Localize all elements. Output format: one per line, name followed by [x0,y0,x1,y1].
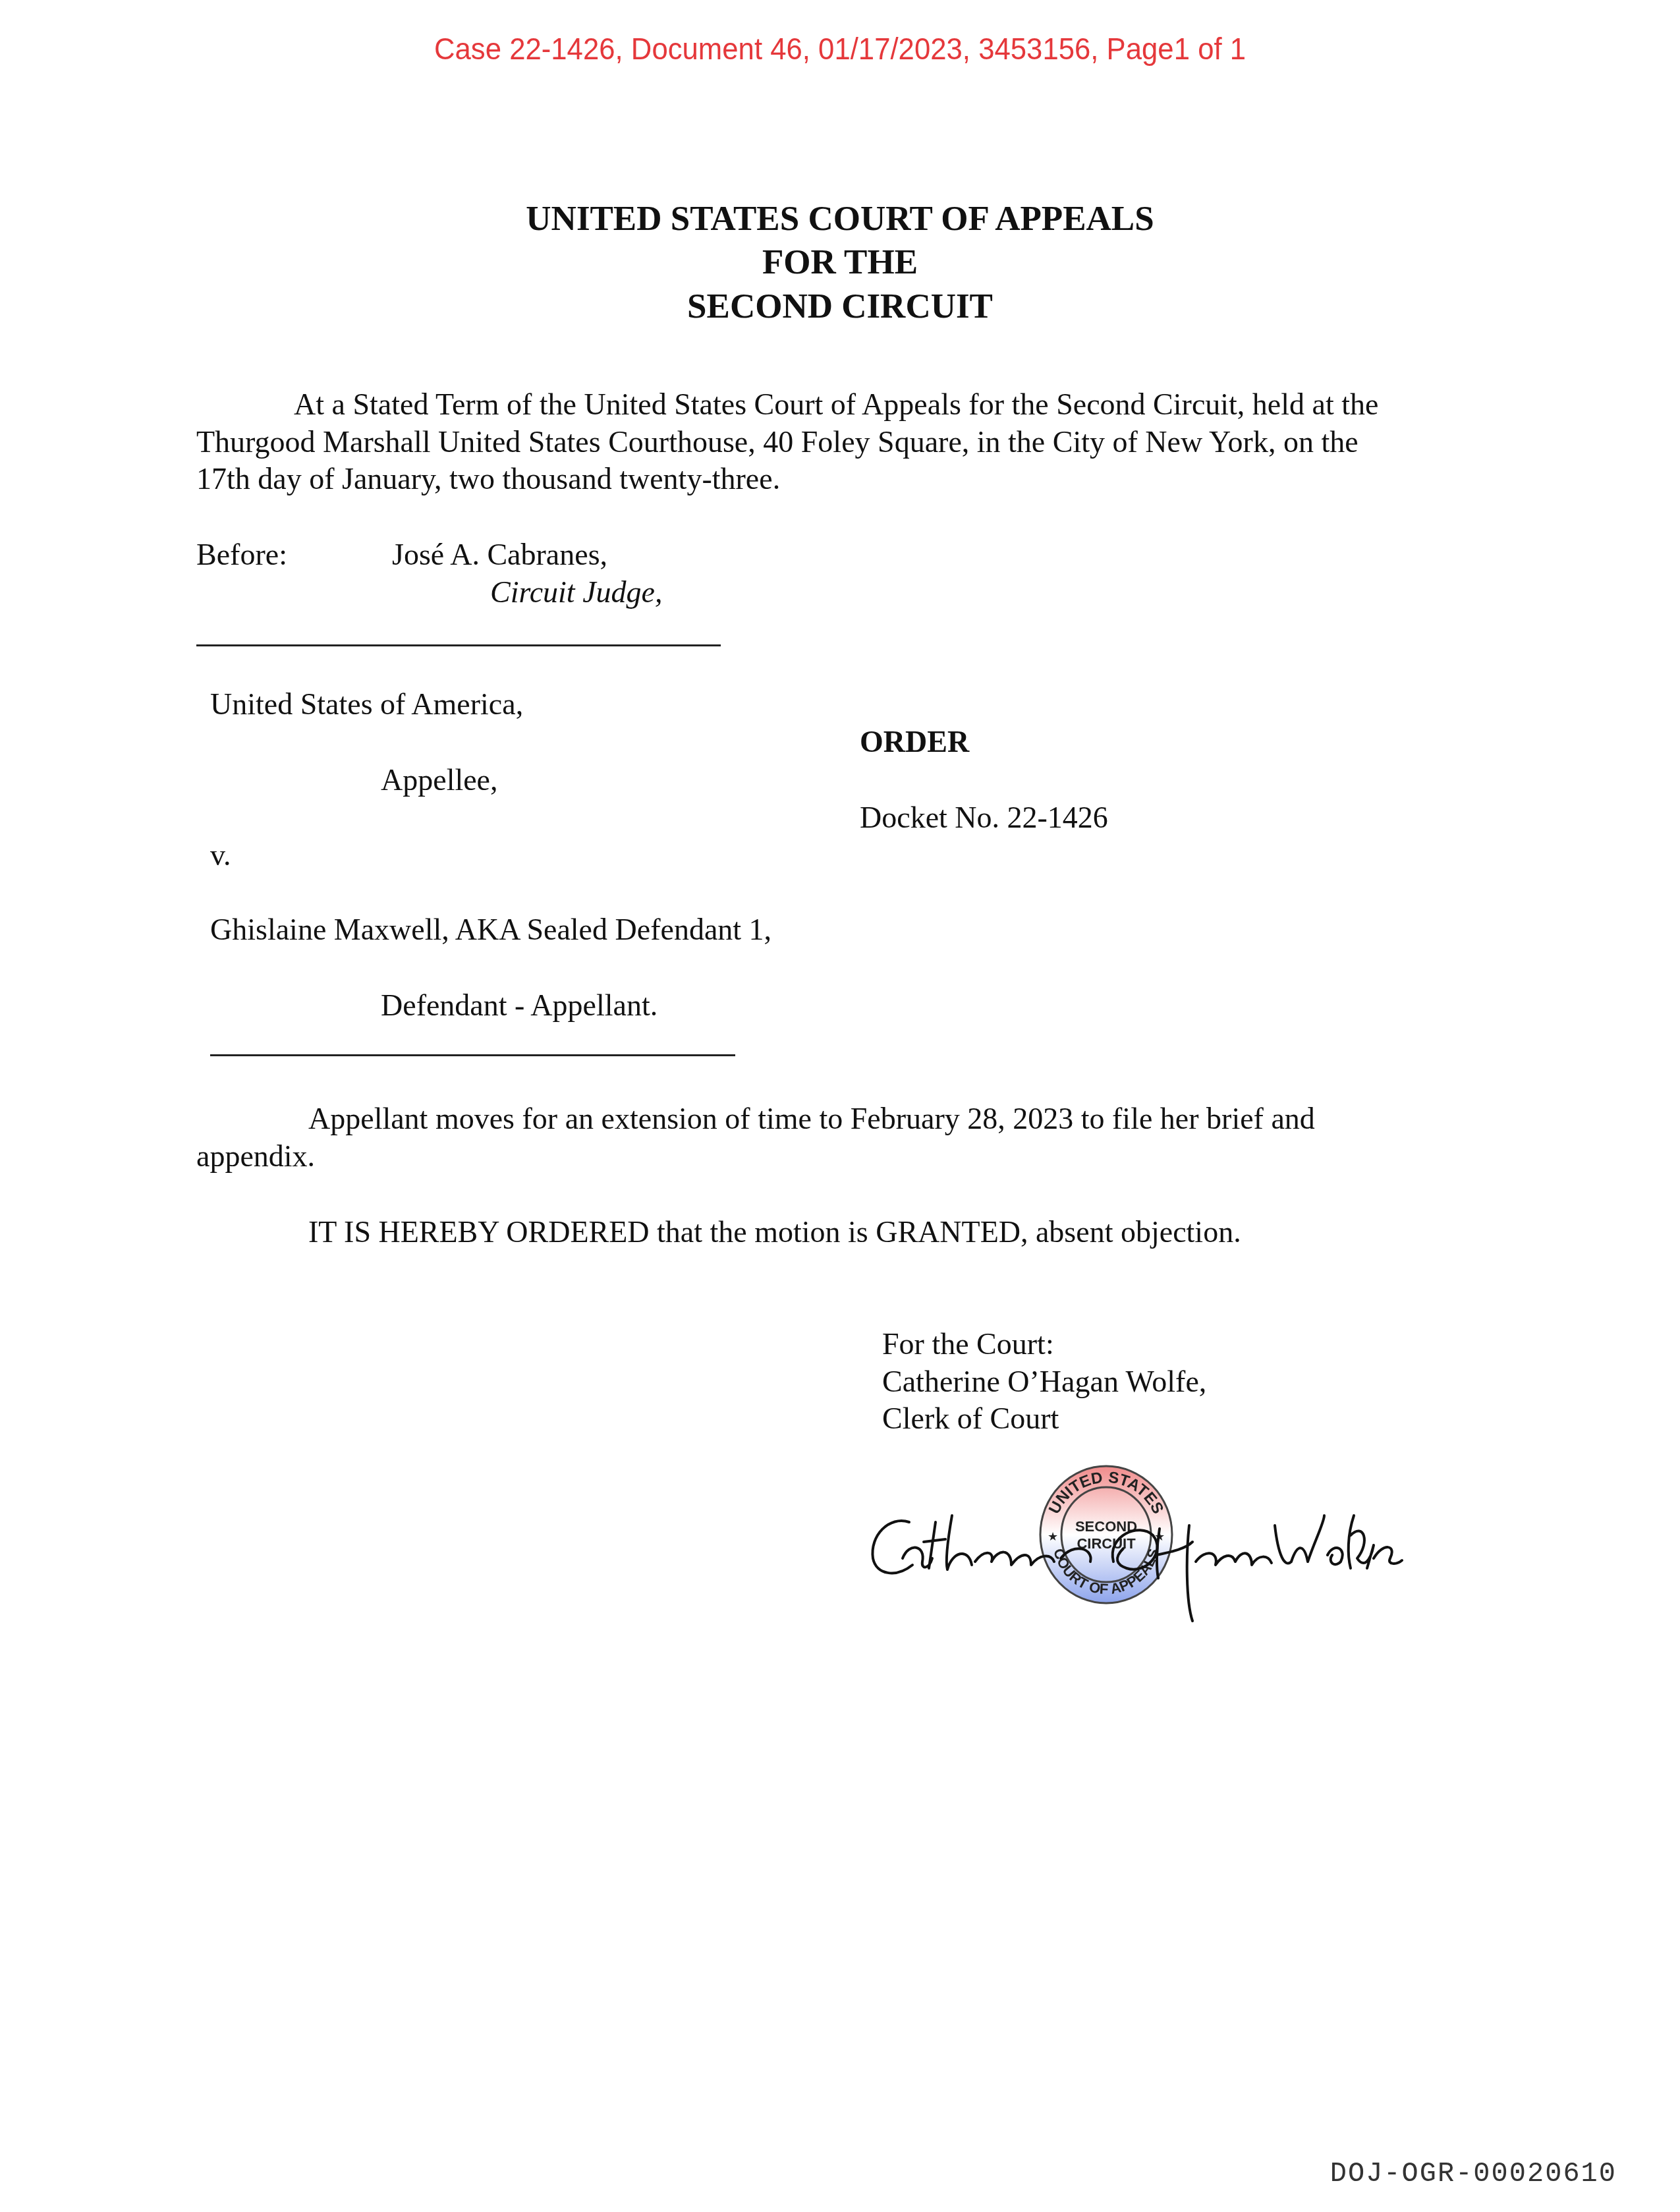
judge-name: José A. Cabranes, [392,540,607,570]
clerk-signature [863,1496,1403,1628]
defendant-name: Ghislaine Maxwell, AKA Sealed Defendant … [210,915,771,945]
for-the-court: For the Court: [882,1329,1054,1359]
court-title-line-2: FOR THE [0,245,1680,280]
preamble-line-3: 17th day of January, two thousand twenty… [196,464,780,494]
filing-stamp: Case 22-1426, Document 46, 01/17/2023, 3… [59,33,1621,64]
ruling-text: IT IS HEREBY ORDERED that the motion is … [308,1217,1241,1247]
caption-top-rule [196,644,721,646]
versus: v. [210,840,231,870]
clerk-name: Catherine O’Hagan Wolfe, [882,1367,1206,1397]
court-title-line-3: SECOND CIRCUIT [0,289,1680,324]
caption-bottom-rule [210,1054,735,1056]
plaintiff-name: United States of America, [210,689,523,720]
docket-number: Docket No. 22-1426 [860,803,1108,833]
bates-number: DOJ-OGR-00020610 [1330,2160,1617,2188]
order-heading: ORDER [860,727,969,757]
preamble-line-2: Thurgood Marshall United States Courthou… [196,427,1358,457]
panel-label: Before: [196,540,287,570]
preamble-line-1: At a Stated Term of the United States Co… [294,389,1378,420]
motion-text-line-1: Appellant moves for an extension of time… [308,1104,1315,1134]
clerk-title: Clerk of Court [882,1404,1059,1434]
judge-title: Circuit Judge, [490,577,662,608]
motion-text-line-2: appendix. [196,1141,315,1172]
court-title-line-1: UNITED STATES COURT OF APPEALS [0,202,1680,237]
plaintiff-role: Appellee, [381,765,498,795]
defendant-role: Defendant - Appellant. [381,990,658,1021]
